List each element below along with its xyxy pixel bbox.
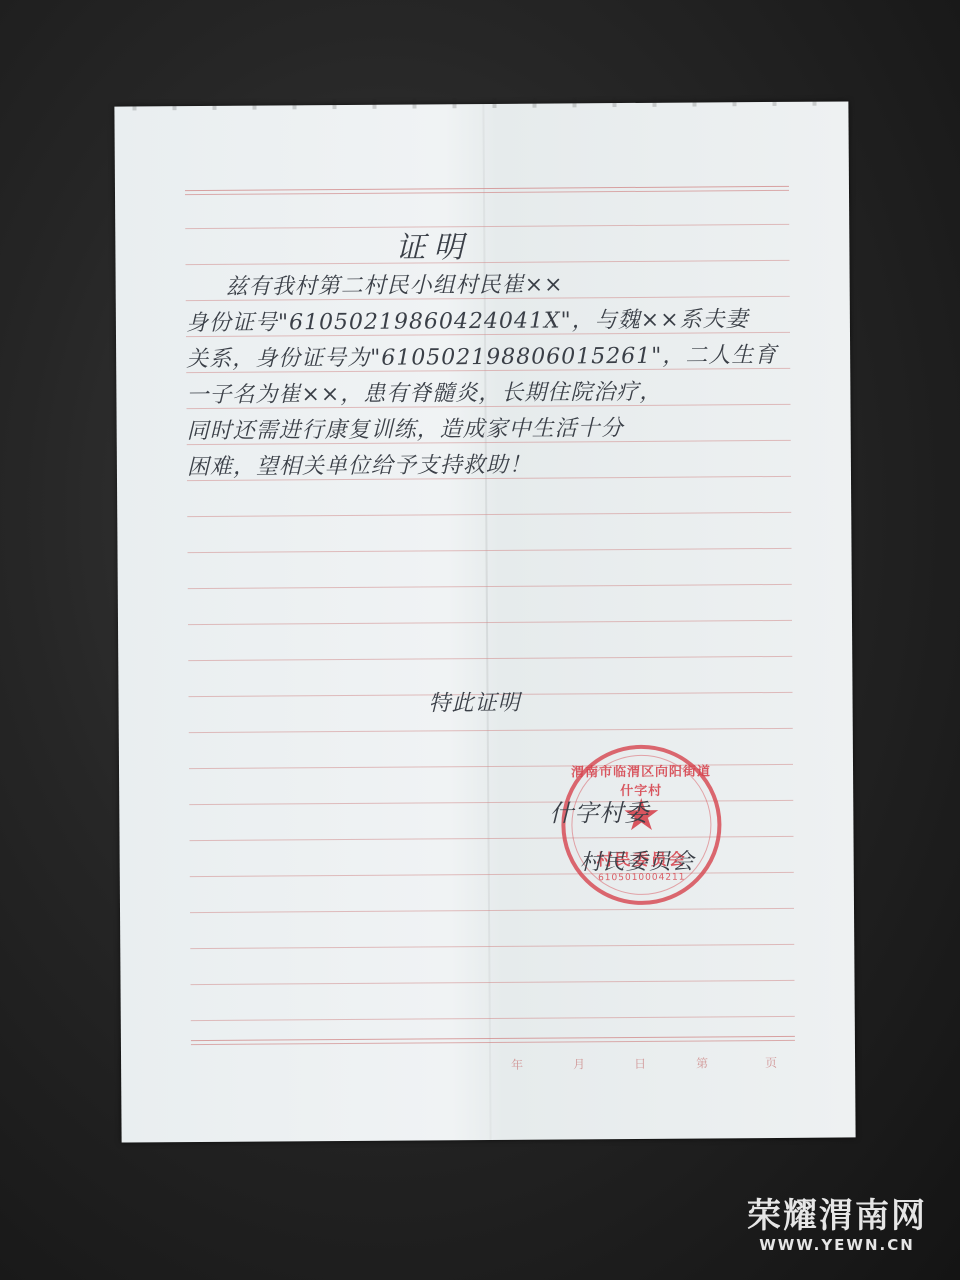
body-line: 兹有我村第二村民小组村民崔×× <box>226 267 564 300</box>
site-watermark: 荣耀渭南网 WWW.YEWN.CN <box>732 1196 942 1254</box>
rule <box>191 1016 795 1021</box>
rule <box>190 908 794 913</box>
footer-day: 日 <box>634 1055 646 1072</box>
rule <box>188 656 792 661</box>
body-line: 身份证号"61050219860424041X"，与魏××系夫妻 <box>186 302 749 337</box>
rule <box>185 224 789 229</box>
letter-paper: 证明 兹有我村第二村民小组村民崔×× 身份证号"6105021986042404… <box>114 101 855 1142</box>
rule <box>188 620 792 625</box>
rule <box>185 260 789 265</box>
watermark-url: WWW.YEWN.CN <box>732 1236 942 1254</box>
footer-page-prefix: 第 <box>696 1054 708 1071</box>
body-line: 关系，身份证号为"610502198806015261"，二人生育 <box>186 338 777 373</box>
rule <box>191 980 795 985</box>
rule <box>188 548 792 553</box>
rule <box>189 728 793 733</box>
body-line: 一子名为崔××，患有脊髓炎，长期住院治疗， <box>186 375 662 409</box>
footer-double-rule <box>191 1036 795 1041</box>
watermark-name: 荣耀渭南网 <box>732 1196 942 1236</box>
footer-month: 月 <box>573 1055 585 1072</box>
header-double-rule <box>185 186 789 191</box>
signer-line-2: 村民委员会 <box>580 845 695 877</box>
body-line: 同时还需进行康复训练，造成家中生活十分 <box>187 411 624 445</box>
rule <box>188 584 792 589</box>
body-line: 困难，望相关单位给予支持救助！ <box>187 448 532 481</box>
document-title: 证明 <box>395 222 471 267</box>
rule <box>190 944 794 949</box>
closing-text: 特此证明 <box>428 686 520 718</box>
footer-year: 年 <box>511 1056 523 1073</box>
rule <box>187 512 791 517</box>
footer-page-suffix: 页 <box>765 1054 777 1071</box>
signer-line-1: 什字村委 <box>549 793 649 829</box>
